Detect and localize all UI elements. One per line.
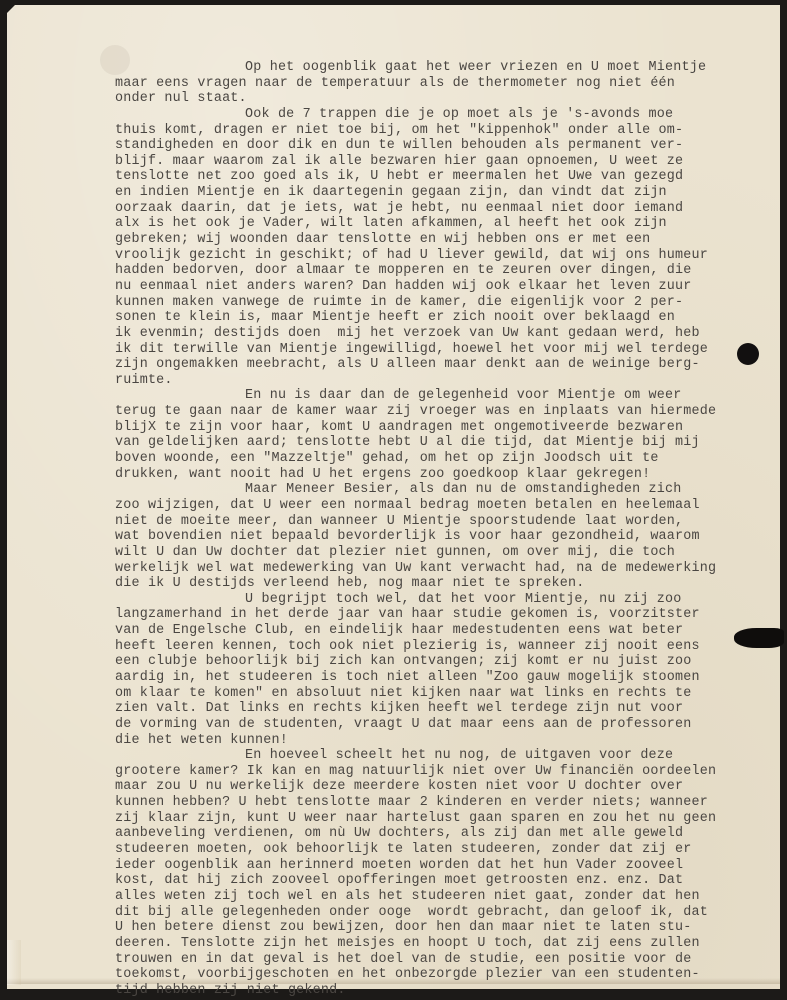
text-line: werkelijk wel wat medewerking van Uw kan…	[115, 561, 775, 577]
paragraph-first-line: Ook de 7 trappen die je op moet als je '…	[115, 107, 775, 123]
text-line: de vorming van de studenten, vraagt U da…	[115, 717, 775, 733]
text-line: trouwen en in dat geval is het doel van …	[115, 952, 775, 968]
text-line: dit bij alle gelegenheden onder ooge wor…	[115, 905, 775, 921]
text-line: maar zou U nu werkelijk deze meerdere ko…	[115, 779, 775, 795]
paragraph-first-line: Op het oogenblik gaat het weer vriezen e…	[115, 60, 775, 76]
text-line: om klaar te komen" en absoluut niet kijk…	[115, 686, 775, 702]
text-line: wat bovendien niet bepaald bevorderlijk …	[115, 529, 775, 545]
text-line: U hen betere dienst zou bewijzen, door h…	[115, 920, 775, 936]
text-line: tijd hebben zij niet gekend.	[115, 983, 775, 999]
paragraph-first-line: En nu is daar dan de gelegenheid voor Mi…	[115, 388, 775, 404]
text-line: onder nul staat.	[115, 91, 775, 107]
text-line: hadden bedorven, door almaar te mopperen…	[115, 263, 775, 279]
text-line: ik dit terwille van Mientje ingewilligd,…	[115, 342, 775, 358]
text-line: zij klaar zijn, kunt U weer naar hartelu…	[115, 811, 775, 827]
text-line: zoo wijzigen, dat U weer een normaal bed…	[115, 498, 775, 514]
paragraph-first-line: U begrijpt toch wel, dat het voor Mientj…	[115, 592, 775, 608]
ink-blot	[737, 343, 759, 365]
text-line: kunnen hebben? U hebt tenslotte maar 2 k…	[115, 795, 775, 811]
text-line: niet de moeite meer, dan wanneer U Mient…	[115, 514, 775, 530]
text-line: grootere kamer? Ik kan en mag natuurlijk…	[115, 764, 775, 780]
text-line: aardig in, het studeeren is toch niet al…	[115, 670, 775, 686]
page-fold-corner	[7, 940, 21, 985]
text-line: tenslotte net zoo goed als ik, U hebt er…	[115, 169, 775, 185]
text-line: deeren. Tenslotte zijn het meisjes en ho…	[115, 936, 775, 952]
text-line: kost, dat hij zich zooveel opofferingen …	[115, 873, 775, 889]
text-line: alles weten zij toch wel en als het stud…	[115, 889, 775, 905]
text-line: zien valt. Dat links en rechts kijken he…	[115, 701, 775, 717]
text-line: ik evenmin; destijds doen mij het verzoe…	[115, 326, 775, 342]
text-line: sonen te klein is, maar Mientje heeft er…	[115, 310, 775, 326]
text-line: gebreken; wij woonden daar tenslotte en …	[115, 232, 775, 248]
text-line: heeft leeren kennen, toch ook niet plezi…	[115, 639, 775, 655]
ink-blot	[734, 628, 784, 648]
text-line: vroolijk gezicht in geschikt; of had U l…	[115, 248, 775, 264]
text-line: en indien Mientje en ik daartegenin gega…	[115, 185, 775, 201]
text-line: van geldelijken aard; tenslotte hebt U a…	[115, 435, 775, 451]
text-line: wilt U dan Uw dochter dat plezier niet g…	[115, 545, 775, 561]
text-line: langzamerhand in het derde jaar van haar…	[115, 607, 775, 623]
text-line: nu eenmaal niet anders waren? Dan hadden…	[115, 279, 775, 295]
text-line: van de Engelsche Club, en eindelijk haar…	[115, 623, 775, 639]
paragraph-first-line: Maar Meneer Besier, als dan nu de omstan…	[115, 482, 775, 498]
text-line: terug te gaan naar de kamer waar zij vro…	[115, 404, 775, 420]
text-line: kunnen maken vanwege de ruimte in de kam…	[115, 295, 775, 311]
text-line: oorzaak daarin, dat je iets, wat je hebt…	[115, 201, 775, 217]
text-line: thuis komt, dragen er niet toe bij, om h…	[115, 123, 775, 139]
text-line: een clubje behoorlijk bij zich kan ontva…	[115, 654, 775, 670]
text-line: toekomst, voorbijgeschoten en het onbezo…	[115, 967, 775, 983]
text-line: studeeren moeten, ook behoorlijk te late…	[115, 842, 775, 858]
text-line: aanbeveling verdienen, om nù Uw dochters…	[115, 826, 775, 842]
text-line: ieder oogenblik aan herinnerd moeten wor…	[115, 858, 775, 874]
text-line: standigheden en door dik en dun te wille…	[115, 138, 775, 154]
text-line: drukken, want nooit had U het ergens zoo…	[115, 467, 775, 483]
text-line: boven woonde, een "Mazzeltje" gehad, om …	[115, 451, 775, 467]
text-line: maar eens vragen naar de temperatuur als…	[115, 76, 775, 92]
text-line: zijn ongemakken meebracht, als U alleen …	[115, 357, 775, 373]
text-line: blijX te zijn voor haar, komt U aandrage…	[115, 420, 775, 436]
text-line: die het weten kunnen!	[115, 733, 775, 749]
text-line: alx is het ook je Vader, wilt laten afka…	[115, 216, 775, 232]
text-line: blijf. maar waarom zal ik alle bezwaren …	[115, 154, 775, 170]
letter-body: Op het oogenblik gaat het weer vriezen e…	[115, 60, 775, 998]
text-line: die ik U destijds verleend heb, nog maar…	[115, 576, 775, 592]
text-line: ruimte.	[115, 373, 775, 389]
paragraph-first-line: En hoeveel scheelt het nu nog, de uitgav…	[115, 748, 775, 764]
